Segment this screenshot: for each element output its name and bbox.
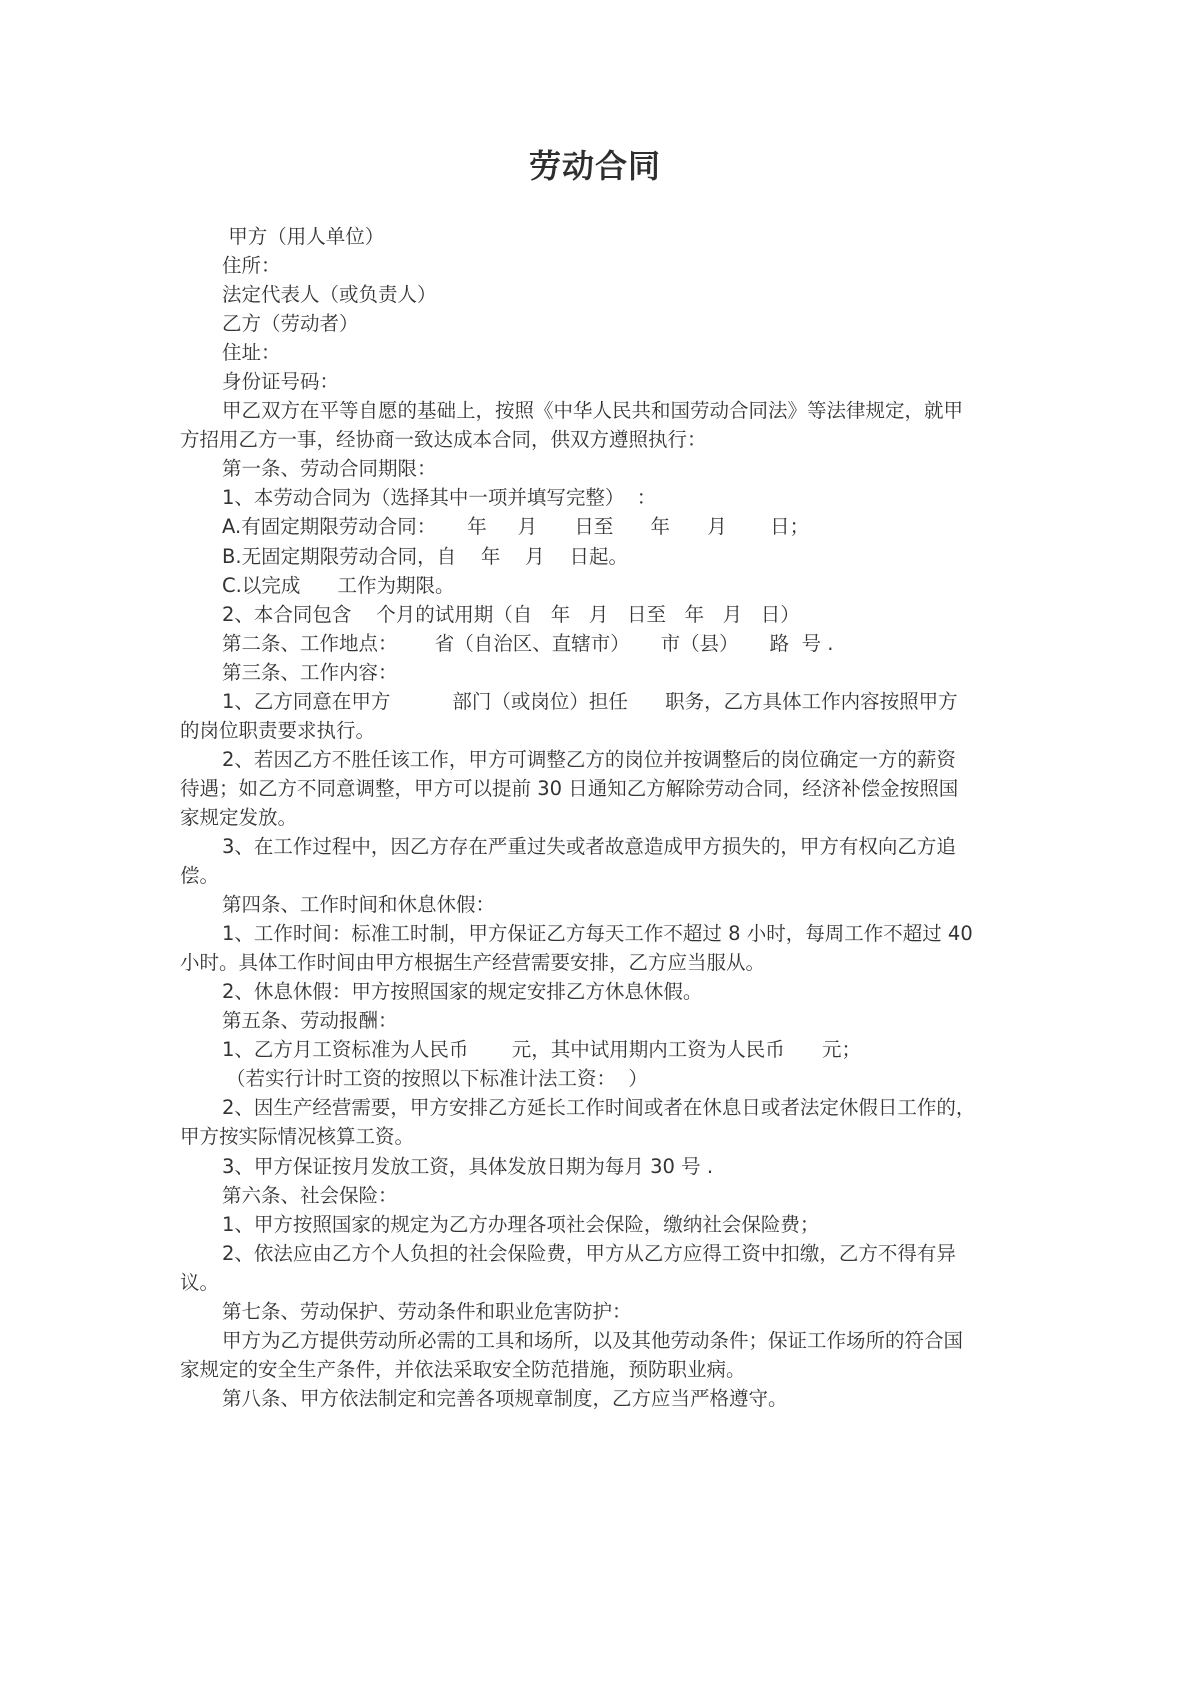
document-page: 劳动合同 甲方（用人单位）住所：法定代表人（或负责人）乙方（劳动者）住址：身份证… [0,0,1190,1682]
document-line: 第五条、劳动报酬： [180,1006,1020,1035]
document-line: 的岗位职责要求执行。 [180,716,1020,745]
document-line: 3、甲方保证按月发放工资，具体发放日期为每月 30 号 . [180,1152,1020,1181]
document-line: 家规定发放。 [180,803,1020,832]
document-line: 第三条、工作内容： [180,658,1020,687]
document-line: 家规定的安全生产条件，并依法采取安全防范措施，预防职业病。 [180,1355,1020,1384]
document-line: 1、乙方同意在甲方 部门（或岗位）担任 职务，乙方具体工作内容按照甲方 [180,687,1020,716]
document-line: 身份证号码： [180,367,1020,396]
document-line: 3、在工作过程中，因乙方存在严重过失或者故意造成甲方损失的，甲方有权向乙方追 [180,832,1020,861]
document-line: 乙方（劳动者） [180,309,1020,338]
document-body: 甲方（用人单位）住所：法定代表人（或负责人）乙方（劳动者）住址：身份证号码：甲乙… [180,222,1020,1413]
document-line: 甲方按实际情况核算工资。 [180,1122,1020,1151]
document-line: 偿。 [180,861,1020,890]
document-line: （若实行计时工资的按照以下标准计法工资： ） [180,1064,1020,1093]
document-line: A.有固定期限劳动合同： 年 月 日至 年 月 日； [180,512,1020,541]
document-line: 小时。具体工作时间由甲方根据生产经营需要安排，乙方应当服从。 [180,948,1020,977]
document-line: 甲方为乙方提供劳动所必需的工具和场所，以及其他劳动条件；保证工作场所的符合国 [180,1326,1020,1355]
document-line: 1、工作时间：标准工时制，甲方保证乙方每天工作不超过 8 小时，每周工作不超过 … [180,919,1020,948]
document-line: 2、本合同包含 个月的试用期（自 年 月 日至 年 月 日） [180,600,1020,629]
document-line: 第七条、劳动保护、劳动条件和职业危害防护： [180,1297,1020,1326]
document-line: C.以完成 工作为期限。 [180,571,1020,600]
document-line: 议。 [180,1268,1020,1297]
document-line: 2、若因乙方不胜任该工作，甲方可调整乙方的岗位并按调整后的岗位确定一方的薪资 [180,745,1020,774]
document-line: B.无固定期限劳动合同，自 年 月 日起。 [180,542,1020,571]
document-line: 1、甲方按照国家的规定为乙方办理各项社会保险，缴纳社会保险费； [180,1210,1020,1239]
document-line: 第八条、甲方依法制定和完善各项规章制度，乙方应当严格遵守。 [180,1384,1020,1413]
document-line: 第二条、工作地点： 省（自治区、直辖市） 市（县） 路 号 . [180,629,1020,658]
document-line: 甲乙双方在平等自愿的基础上，按照《中华人民共和国劳动合同法》等法律规定，就甲 [180,396,1020,425]
document-line: 2、因生产经营需要，甲方安排乙方延长工作时间或者在休息日或者法定休假日工作的， [180,1093,1020,1122]
document-line: 第四条、工作时间和休息休假： [180,890,1020,919]
document-line: 第一条、劳动合同期限： [180,454,1020,483]
document-title: 劳动合同 [0,146,1190,186]
document-line: 待遇；如乙方不同意调整，甲方可以提前 30 日通知乙方解除劳动合同，经济补偿金按… [180,774,1020,803]
document-line: 第六条、社会保险： [180,1181,1020,1210]
document-line: 2、休息休假：甲方按照国家的规定安排乙方休息休假。 [180,977,1020,1006]
document-line: 住址： [180,338,1020,367]
document-line: 1、本劳动合同为（选择其中一项并填写完整） ： [180,483,1020,512]
document-line: 住所： [180,251,1020,280]
document-line: 1、乙方月工资标准为人民币 元，其中试用期内工资为人民币 元； [180,1035,1020,1064]
document-line: 2、依法应由乙方个人负担的社会保险费，甲方从乙方应得工资中扣缴，乙方不得有异 [180,1239,1020,1268]
document-line: 甲方（用人单位） [180,222,1020,251]
document-line: 法定代表人（或负责人） [180,280,1020,309]
document-line: 方招用乙方一事，经协商一致达成本合同，供双方遵照执行： [180,425,1020,454]
